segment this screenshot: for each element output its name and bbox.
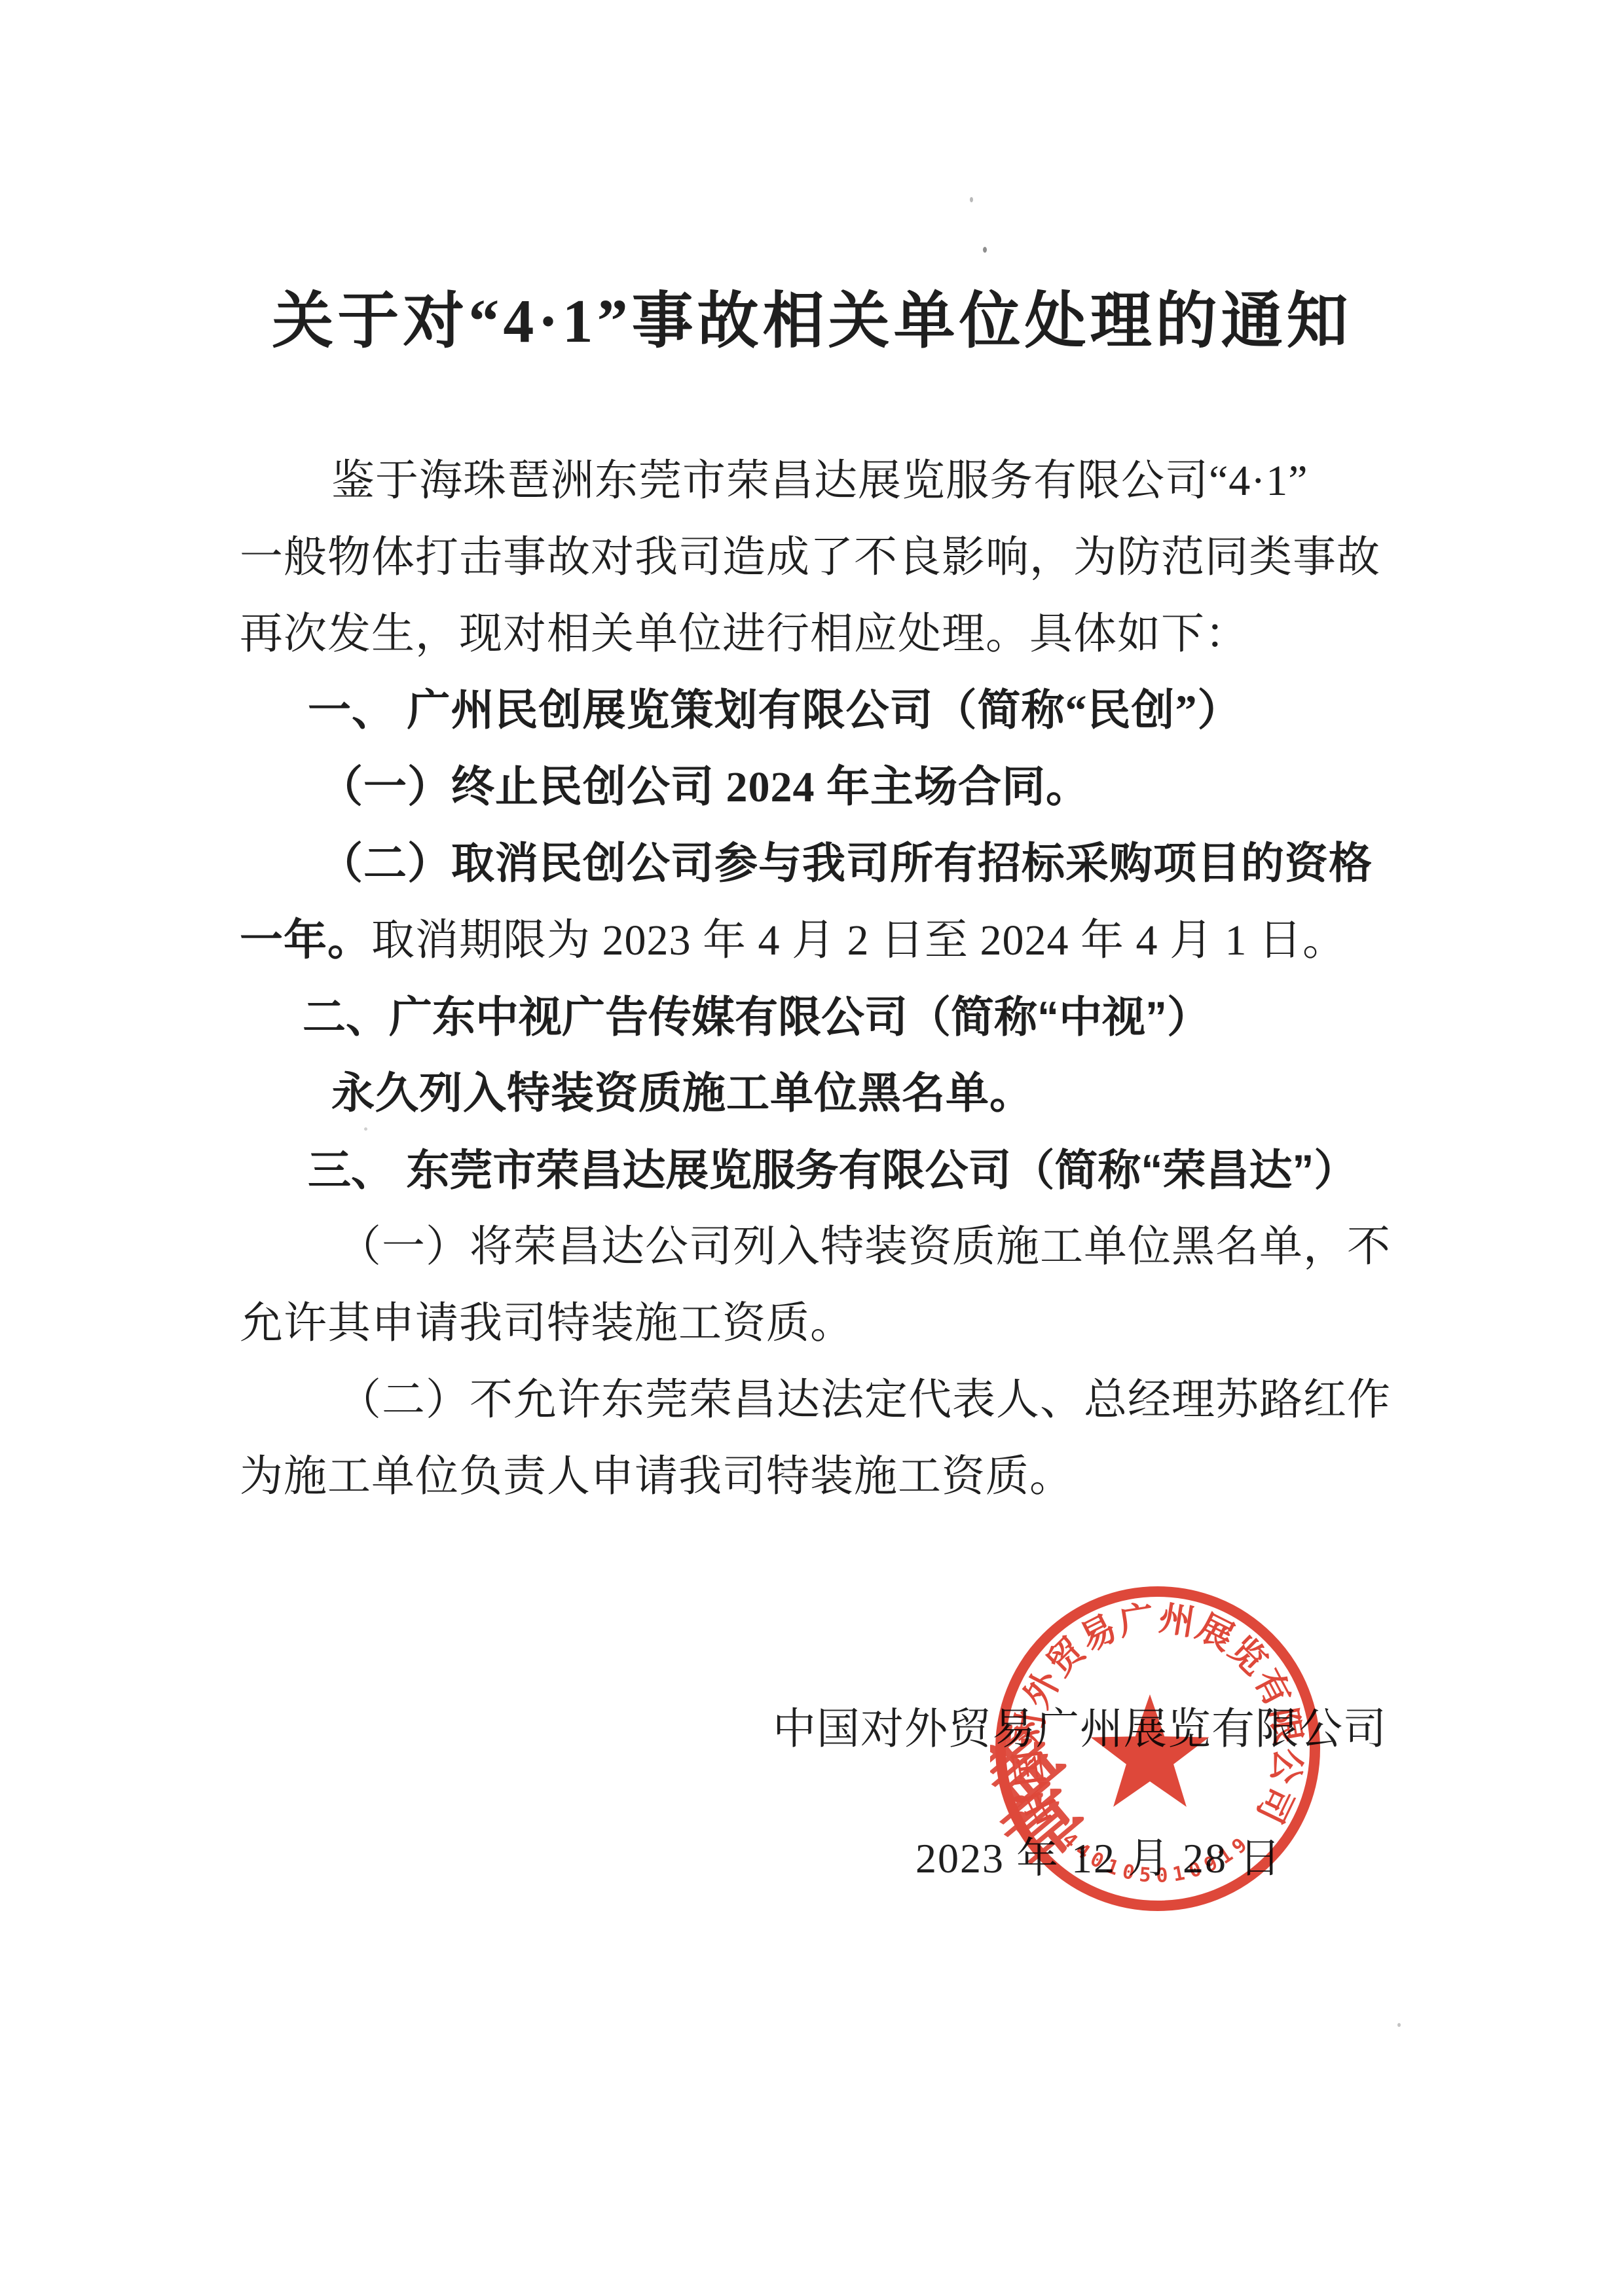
body-line: 鉴于海珠琶洲东莞市荣昌达展览服务有限公司“4·1” xyxy=(240,443,1418,519)
body-line: （二）不允许东莞荣昌达法定代表人、总经理苏路红作 xyxy=(240,1362,1418,1438)
body-line: 永久列入特装资质施工单位黑名单。 xyxy=(240,1055,1418,1132)
body-line: （一）终止民创公司 2024 年主场合同。 xyxy=(240,749,1418,826)
body-line: 一年。取消期限为 2023 年 4 月 2 日至 2024 年 4 月 1 日。 xyxy=(240,902,1418,979)
signature-date: 2023 年 12 月 28 日 xyxy=(915,1831,1282,1887)
body-line-segment: 取消期限为 2023 年 4 月 2 日至 2024 年 4 月 1 日。 xyxy=(371,917,1346,964)
scan-speck xyxy=(1397,2023,1401,2027)
body-line: （一）将荣昌达公司列入特装资质施工单位黑名单，不 xyxy=(240,1209,1418,1285)
body-line: 二、广东中视广告传媒有限公司（简称“中视”） xyxy=(240,979,1418,1055)
scan-speck xyxy=(970,197,973,202)
document-title: 关于对“4·1”事故相关单位处理的通知 xyxy=(0,285,1624,357)
body-line: 允许其申请我司特装施工资质。 xyxy=(240,1285,1418,1362)
body-line: 一、 广州民创展览策划有限公司（简称“民创”） xyxy=(240,672,1418,749)
body-line: 一般物体打击事故对我司造成了不良影响，为防范同类事故 xyxy=(240,519,1418,596)
signature-company-name: 中国对外贸易广州展览有限公司 xyxy=(773,1700,1395,1760)
notice-document-page: 关于对“4·1”事故相关单位处理的通知 鉴于海珠琶洲东莞市荣昌达展览服务有限公司… xyxy=(0,0,1624,2296)
body-line: （二）取消民创公司参与我司所有招标采购项目的资格 xyxy=(240,826,1418,902)
scan-speck xyxy=(364,1127,367,1131)
body-line-segment: 一年。 xyxy=(240,917,371,964)
body-line: 再次发生，现对相关单位进行相应处理。具体如下： xyxy=(240,596,1418,672)
body-line: 为施工单位负责人申请我司特装施工资质。 xyxy=(240,1438,1418,1515)
body-line: 三、 东莞市荣昌达展览服务有限公司（简称“荣昌达”） xyxy=(240,1132,1418,1209)
scan-speck xyxy=(983,247,987,253)
document-body: 鉴于海珠琶洲东莞市荣昌达展览服务有限公司“4·1”一般物体打击事故对我司造成了不… xyxy=(240,443,1418,1515)
